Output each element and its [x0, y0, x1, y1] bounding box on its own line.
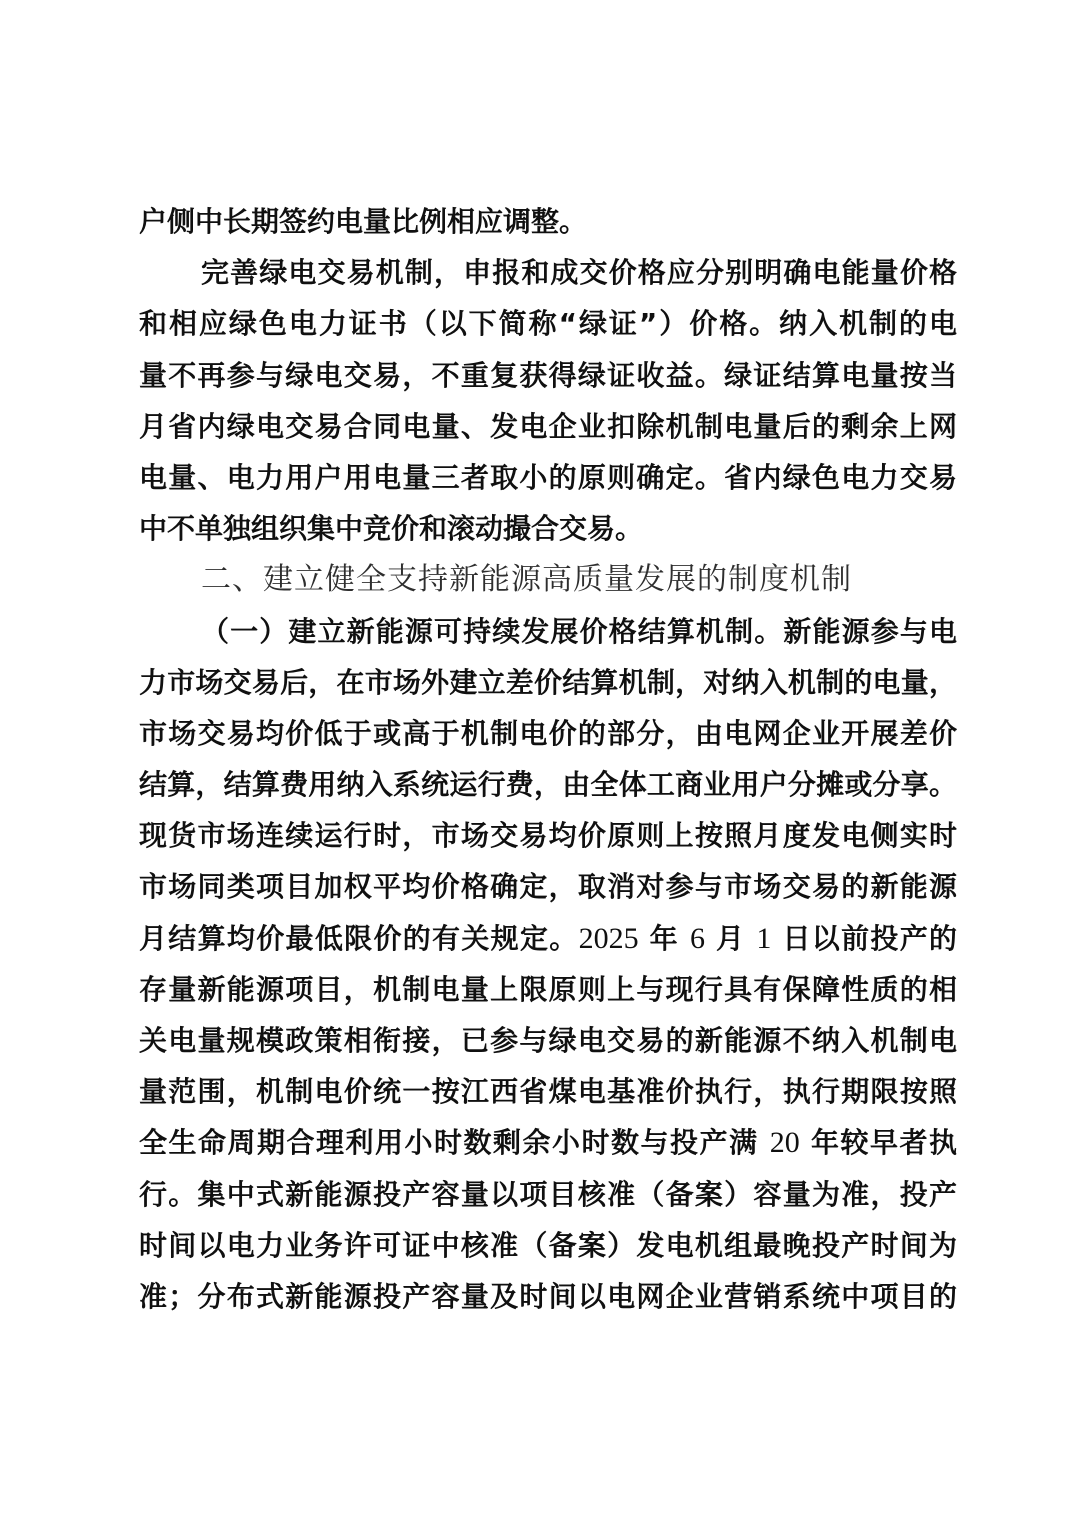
- text-line: 力市场交易后，在市场外建立差价结算机制，对纳入机制的电量，: [139, 657, 957, 708]
- section-heading: 二、建立健全支持新能源高质量发展的制度机制: [139, 554, 957, 605]
- text-line: 月省内绿电交易合同电量、发电企业扣除机制电量后的剩余上网: [139, 401, 957, 452]
- text-line: 月结算均价最低限价的有关规定。2025 年 6 月 1 日以前投产的: [139, 913, 957, 964]
- text-line: 存量新能源项目，机制电量上限原则上与现行具有保障性质的相: [139, 964, 957, 1015]
- text-line: 中不单独组织集中竞价和滚动撮合交易。: [139, 503, 957, 554]
- text-line: 完善绿电交易机制，申报和成交价格应分别明确电能量价格: [139, 247, 957, 298]
- text-line: 电量、电力用户用电量三者取小的原则确定。省内绿色电力交易: [139, 452, 957, 503]
- text-line: 量范围，机制电价统一按江西省煤电基准价执行，执行期限按照: [139, 1066, 957, 1117]
- document-body: 户侧中长期签约电量比例相应调整。 完善绿电交易机制，申报和成交价格应分别明确电能…: [139, 196, 957, 1322]
- text-line: 行。集中式新能源投产容量以项目核准（备案）容量为准，投产: [139, 1169, 957, 1220]
- text-line: 准；分布式新能源投产容量及时间以电网企业营销系统中项目的: [139, 1271, 957, 1322]
- text-line: （一）建立新能源可持续发展价格结算机制。新能源参与电: [139, 606, 957, 657]
- text-line: 结算，结算费用纳入系统运行费，由全体工商业用户分摊或分享。: [139, 759, 957, 810]
- text-line: 户侧中长期签约电量比例相应调整。: [139, 196, 957, 247]
- text-line: 现货市场连续运行时，市场交易均价原则上按照月度发电侧实时: [139, 810, 957, 861]
- text-line: 全生命周期合理利用小时数剩余小时数与投产满 20 年较早者执: [139, 1117, 957, 1168]
- document-page: 户侧中长期签约电量比例相应调整。 完善绿电交易机制，申报和成交价格应分别明确电能…: [0, 0, 1080, 1527]
- text-line: 时间以电力业务许可证中核准（备案）发电机组最晚投产时间为: [139, 1220, 957, 1271]
- text-line: 和相应绿色电力证书（以下简称“绿证”）价格。纳入机制的电: [139, 298, 957, 349]
- text-line: 市场同类项目加权平均价格确定，取消对参与市场交易的新能源: [139, 861, 957, 912]
- text-line: 市场交易均价低于或高于机制电价的部分，由电网企业开展差价: [139, 708, 957, 759]
- text-line: 关电量规模政策相衔接，已参与绿电交易的新能源不纳入机制电: [139, 1015, 957, 1066]
- text-line: 量不再参与绿电交易，不重复获得绿证收益。绿证结算电量按当: [139, 350, 957, 401]
